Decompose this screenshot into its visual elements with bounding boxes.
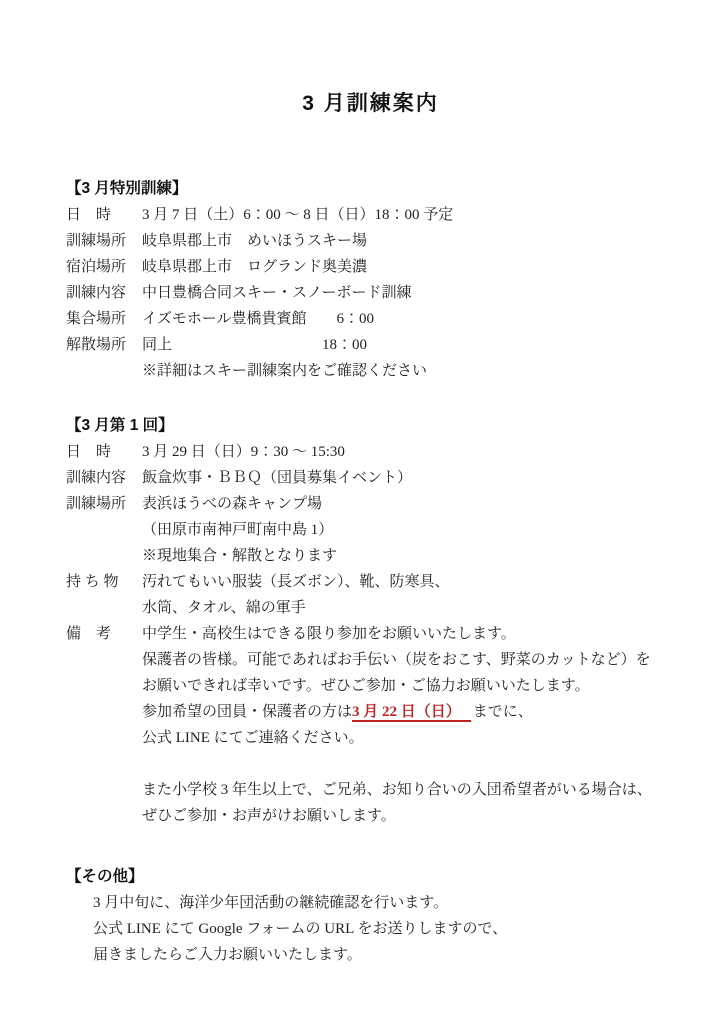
info-row-meeting-place: 集合場所 イズモホール豊橋貴賓館 6：00 [66,306,675,332]
info-value: イズモホール豊橋貴賓館 6：00 [142,306,675,332]
note-line-continuation-check: 3 月中旬に、海洋少年団活動の継続確認を行います。 [66,890,675,916]
info-label [66,803,142,829]
note-line-google-form: 公式 LINE にて Google フォームの URL をお送りしますので、 [66,916,675,942]
info-label: 集合場所 [66,306,142,332]
deadline-suffix: までに、 [473,704,533,720]
info-row-training-content: 訓練内容 飯盒炊事・ＢＢＱ（団員募集イベント） [66,465,675,491]
info-row-training-content: 訓練内容 中日豊橋合同スキー・スノーボード訓練 [66,280,675,306]
section-special-training: 【3 月特別訓練】 日 時 3 月 7 日（土）6：00 ～ 8 日（日）18：… [66,176,675,384]
info-value: 保護者の皆様。可能であればお手伝い（炭をおこす、野菜のカットなど）を [142,647,675,673]
deadline-date-highlight: 3 月 22 日（日） [352,704,471,722]
info-row-dismissal-place: 解散場所 同上 18：00 [66,332,675,358]
info-row-belongings: 持 ち 物 汚れてもいい服装（長ズボン）、靴、防寒具、 [66,569,675,595]
info-value: お願いできれば幸いです。ぜひご参加・ご協力お願いいたします。 [142,673,675,699]
info-value: 同上 18：00 [142,332,675,358]
info-row-belongings-2: 水筒、タオル、綿の軍手 [66,595,675,621]
info-label [66,647,142,673]
info-value: ※詳細はスキー訓練案内をご確認ください [142,358,675,384]
info-row-recruit-note-2: ぜひご参加・お声がけお願いします。 [66,803,675,829]
section-heading-special: 【3 月特別訓練】 [66,176,675,202]
document-title: 3 月訓練案内 [66,88,675,119]
info-row-remarks-2: 保護者の皆様。可能であればお手伝い（炭をおこす、野菜のカットなど）を [66,647,675,673]
info-label [66,699,142,725]
info-label: 日 時 [66,439,142,465]
info-label [66,725,142,751]
info-value: 公式 LINE にてご連絡ください。 [142,725,675,751]
info-label: 宿泊場所 [66,254,142,280]
section-heading-other: 【その他】 [66,864,675,890]
info-row-recruit-note: また小学校 3 年生以上で、ご兄弟、お知り合いの入団希望者がいる場合は、 [66,777,675,803]
info-value: ※現地集合・解散となります [142,543,675,569]
info-row-remarks: 備 考 中学生・高校生はできる限り参加をお願いいたします。 [66,621,675,647]
info-row-address: （田原市南神戸町南中島 1） [66,517,675,543]
info-label: 訓練場所 [66,491,142,517]
info-value: （田原市南神戸町南中島 1） [142,517,675,543]
info-value: 岐阜県郡上市 めいほうスキー場 [142,228,675,254]
info-label [66,358,142,384]
document-page: 3 月訓練案内 【3 月特別訓練】 日 時 3 月 7 日（土）6：00 ～ 8… [0,0,725,1024]
info-label: 日 時 [66,202,142,228]
deadline-prefix: 参加希望の団員・保護者の方は [142,704,352,720]
info-row-training-place: 訓練場所 岐阜県郡上市 めいほうスキー場 [66,228,675,254]
info-label: 持 ち 物 [66,569,142,595]
info-row-datetime: 日 時 3 月 7 日（土）6：00 ～ 8 日（日）18：00 予定 [66,202,675,228]
info-label: 訓練内容 [66,280,142,306]
info-value: ぜひご参加・お声がけお願いします。 [142,803,675,829]
info-row-line-contact: 公式 LINE にてご連絡ください。 [66,725,675,751]
info-label [66,595,142,621]
info-label [66,543,142,569]
blank-line [66,751,675,777]
info-value: 水筒、タオル、綿の軍手 [142,595,675,621]
section-first-session: 【3 月第 1 回】 日 時 3 月 29 日（日）9：30 ～ 15:30 訓… [66,413,675,829]
info-row-note: ※詳細はスキー訓練案内をご確認ください [66,358,675,384]
info-value: 汚れてもいい服装（長ズボン）、靴、防寒具、 [142,569,675,595]
info-label: 訓練場所 [66,228,142,254]
info-label: 備 考 [66,621,142,647]
info-value: 岐阜県郡上市 ログランド奥美濃 [142,254,675,280]
info-value: また小学校 3 年生以上で、ご兄弟、お知り合いの入団希望者がいる場合は、 [142,777,675,803]
info-label [66,777,142,803]
info-row-deadline: 参加希望の団員・保護者の方は3 月 22 日（日）までに、 [66,699,675,725]
info-row-datetime: 日 時 3 月 29 日（日）9：30 ～ 15:30 [66,439,675,465]
info-value: 3 月 7 日（土）6：00 ～ 8 日（日）18：00 予定 [142,202,675,228]
info-value: 中学生・高校生はできる限り参加をお願いいたします。 [142,621,675,647]
note-line-please-fill: 届きましたらご入力お願いいたします。 [66,942,675,968]
info-value: 飯盒炊事・ＢＢＱ（団員募集イベント） [142,465,675,491]
info-row-onsite-note: ※現地集合・解散となります [66,543,675,569]
info-label [66,673,142,699]
info-label [66,517,142,543]
info-row-remarks-3: お願いできれば幸いです。ぜひご参加・ご協力お願いいたします。 [66,673,675,699]
info-label: 訓練内容 [66,465,142,491]
info-label: 解散場所 [66,332,142,358]
info-row-training-place: 訓練場所 表浜ほうべの森キャンプ場 [66,491,675,517]
deadline-sentence: 参加希望の団員・保護者の方は3 月 22 日（日）までに、 [142,699,675,725]
info-value: 中日豊橋合同スキー・スノーボード訓練 [142,280,675,306]
info-row-lodging: 宿泊場所 岐阜県郡上市 ログランド奥美濃 [66,254,675,280]
info-value: 3 月 29 日（日）9：30 ～ 15:30 [142,439,675,465]
info-value: 表浜ほうべの森キャンプ場 [142,491,675,517]
section-other: 【その他】 3 月中旬に、海洋少年団活動の継続確認を行います。 公式 LINE … [66,864,675,968]
section-heading-first: 【3 月第 1 回】 [66,413,675,439]
